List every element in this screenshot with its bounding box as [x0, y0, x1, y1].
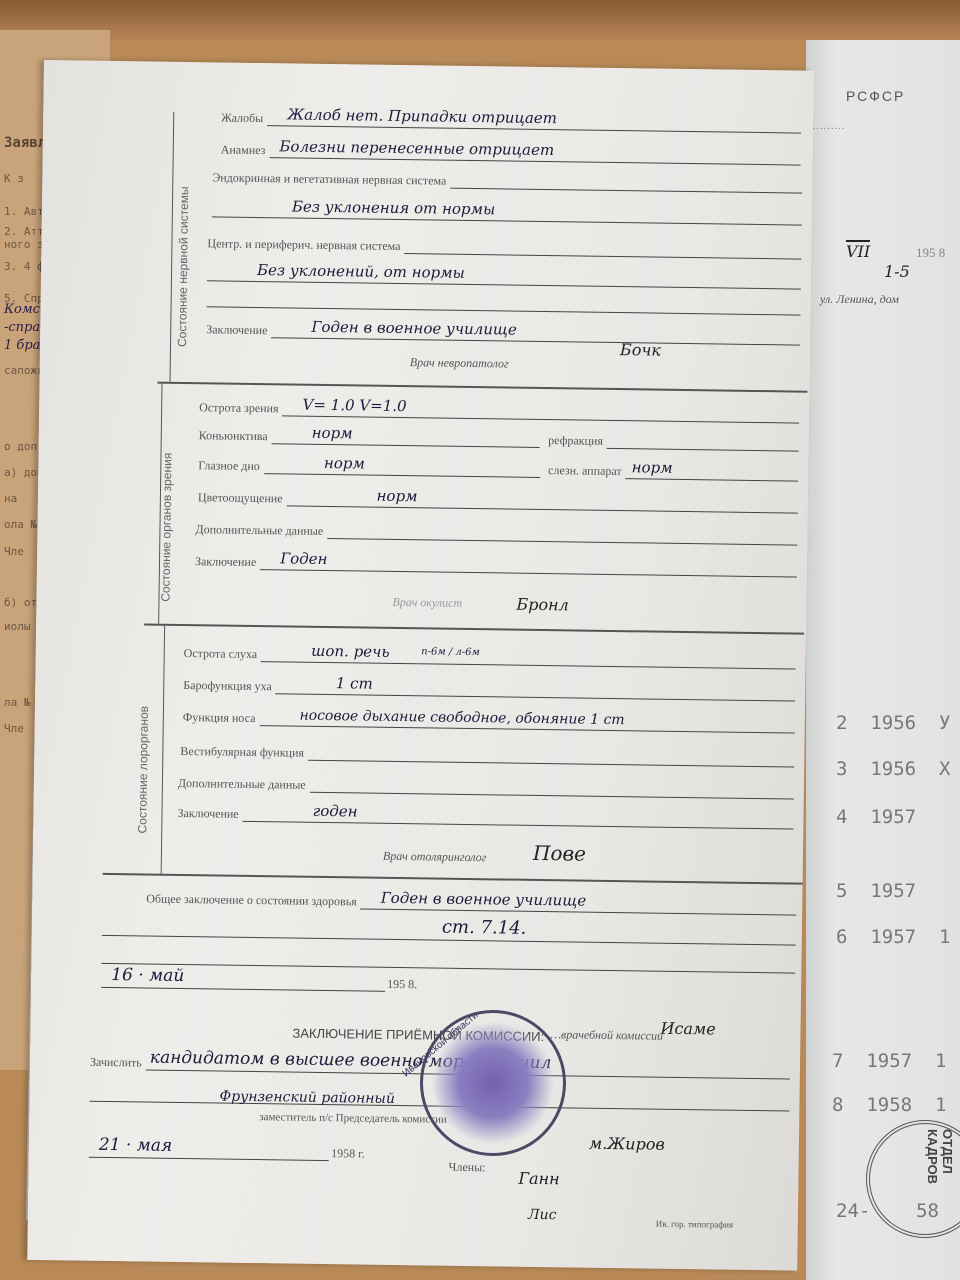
under-line: иолы — [4, 620, 31, 633]
commission-seal: Ивановской области — [420, 1010, 566, 1156]
row-extra: 1 — [939, 926, 950, 948]
members-label: Члены: — [448, 1160, 485, 1176]
barofunction-label: Барофункция уха — [183, 678, 272, 694]
hearing-fraction: п-6м / л-6м — [421, 646, 480, 658]
general-conclusion-value: Годен в военное училище — [381, 889, 587, 910]
section-divider — [161, 626, 165, 876]
ophthalmologist-signature: Бронл — [516, 595, 569, 615]
medical-year: 195 8. — [387, 977, 417, 992]
row-year: 1957 — [866, 1050, 912, 1072]
stamp-year: 195 8 — [916, 245, 945, 261]
wooden-surface — [0, 0, 960, 40]
chair-label: …врачебной комиссии — [550, 1027, 663, 1044]
right-page: РСФСР ……… VII 1-5 195 8 ул. Ленина, дом … — [806, 40, 960, 1280]
row-extra: 1 — [935, 1050, 946, 1072]
nose-function-value: носовое дыхание свободное, обоняние 1 ст — [299, 708, 624, 729]
general-conclusion-article: ст. 7.14. — [442, 917, 527, 939]
stamp-roman-month: VII — [846, 240, 870, 261]
row-extra: У — [939, 712, 950, 734]
stamp-fraction: 1-5 — [884, 262, 910, 281]
chair-signature: Исаме — [660, 1019, 715, 1039]
vision-conclusion-value: Годен — [280, 549, 327, 568]
nervous-conclusion-label: Заключение — [206, 322, 267, 338]
vision-conclusion-label: Заключение — [195, 554, 256, 570]
neurologist-signature: Бочк — [620, 340, 661, 360]
acuity-value: V= 1.0 V=1.0 — [302, 396, 406, 415]
row-number: 4 — [836, 806, 847, 828]
barofunction-value: 1 ст — [336, 674, 373, 693]
color-perception-value: норм — [376, 487, 417, 506]
member-signature: Ганн — [518, 1169, 559, 1189]
ophthalmologist-label: Врач окулист — [392, 595, 462, 611]
section-border — [157, 382, 807, 393]
neurologist-label: Врач невропатолог — [410, 355, 509, 371]
conjunctiva-value: норм — [312, 424, 353, 443]
vision-extra-label: Дополнительные данные — [195, 522, 323, 539]
anamnesis-label: Анамнез — [221, 142, 266, 158]
vision-section-label: Состояние органов зрения — [158, 453, 174, 602]
otolaryngologist-label: Врач отоляринголог — [383, 849, 487, 865]
hearing-value: шоп. речь — [311, 642, 390, 661]
section-border — [144, 623, 804, 634]
general-conclusion-label: Общее заключение о состоянии здоровья — [146, 892, 357, 910]
address-line: ул. Ленина, дом — [820, 292, 899, 307]
row-number: 5 — [836, 880, 847, 902]
row-number: 2 — [836, 712, 847, 734]
lacrimal-value: норм — [632, 458, 673, 477]
central-ns-value: Без уклонений, от нормы — [257, 261, 465, 282]
endocrine-value: Без уклонения от нормы — [292, 197, 496, 218]
under-line: Чле — [4, 722, 24, 735]
medical-date: 16 · май — [111, 965, 184, 986]
ent-section-label: Состояние лорорганов — [135, 706, 151, 834]
vestibular-label: Вестибулярная функция — [180, 744, 304, 761]
endocrine-label: Эндокринная и вегетативная нервная систе… — [212, 170, 446, 188]
color-perception-label: Цветоощущение — [198, 490, 283, 506]
commission-date: 21 · мая — [99, 1135, 173, 1156]
row-number: 6 — [836, 926, 847, 948]
section-border — [103, 873, 803, 885]
row-year: 1957 — [870, 926, 916, 948]
complaints-label: Жалобы — [221, 110, 263, 126]
conjunctiva-label: Коньюнктива — [199, 428, 268, 444]
nervous-section-label: Состояние нервной системы — [175, 186, 191, 347]
member-signature: Лис — [528, 1207, 557, 1223]
anamnesis-value: Болезни перенесенные отрицает — [279, 137, 554, 159]
under-line: на — [4, 492, 17, 505]
under-line: Чле — [4, 545, 24, 558]
under-line: ола № — [4, 518, 37, 531]
section-divider — [170, 112, 175, 382]
complaints-value: Жалоб нет. Припадки отрицает — [287, 105, 557, 127]
commission-year: 1958 г. — [331, 1146, 365, 1161]
ent-conclusion-value: годен — [313, 802, 358, 821]
refraction-label: рефракция — [548, 433, 603, 449]
print-note: Ив. гор. типография — [656, 1219, 733, 1230]
chairman-signature: м.Жиров — [589, 1134, 665, 1154]
row-year: 1958 — [866, 1094, 912, 1116]
row-year: 1956 — [870, 758, 916, 780]
stamp-text: ОТДЕЛ КАДРОВ — [925, 1129, 955, 1209]
row-year: 1957 — [870, 806, 916, 828]
fundus-value: норм — [324, 454, 365, 473]
row-number: 7 — [832, 1050, 843, 1072]
lacrimal-label: слезн. аппарат — [548, 463, 622, 479]
under-line: ла № — [4, 696, 31, 709]
acuity-label: Острота зрения — [199, 400, 279, 416]
fundus-label: Глазное дно — [198, 458, 260, 474]
row-number: 8 — [832, 1094, 843, 1116]
under-line: К з — [4, 172, 24, 185]
enroll-label: Зачислить — [90, 1055, 142, 1071]
row-year: 1956 — [870, 712, 916, 734]
nervous-conclusion-value: Годен в военное училище — [311, 318, 517, 339]
central-ns-label: Центр. и периферич. нервная система — [207, 236, 400, 254]
bottom-date: 24- — [836, 1200, 870, 1222]
row-extra: Х — [939, 758, 950, 780]
ent-extra-label: Дополнительные данные — [178, 776, 306, 793]
under-line: о доп — [4, 440, 37, 453]
ent-conclusion-label: Заключение — [177, 806, 238, 822]
nose-function-label: Функция носа — [183, 710, 256, 726]
rsfsr-header: РСФСР — [846, 88, 905, 104]
row-extra: 1 — [935, 1094, 946, 1116]
row-year: 1957 — [870, 880, 916, 902]
row-number: 3 — [836, 758, 847, 780]
otolaryngologist-signature: Пове — [533, 841, 586, 866]
hearing-label: Острота слуха — [184, 646, 258, 662]
